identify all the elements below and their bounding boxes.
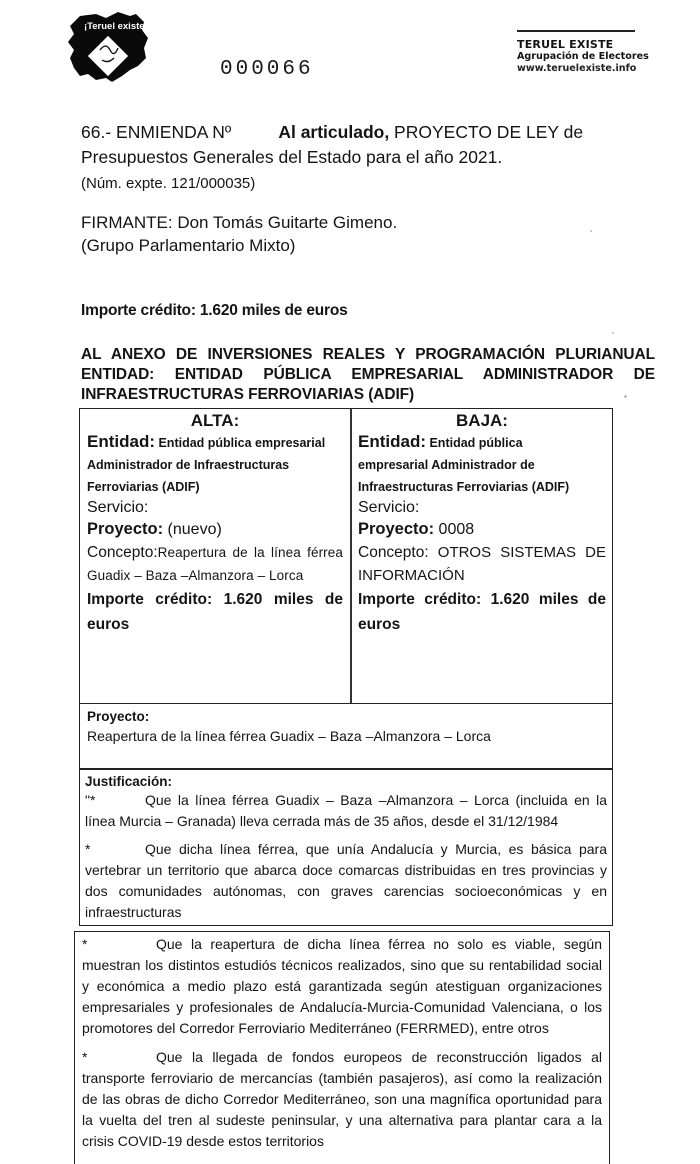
firmante: FIRMANTE: Don Tomás Guitarte Gimeno. xyxy=(81,213,397,233)
grupo-parlamentario: (Grupo Parlamentario Mixto) xyxy=(81,236,295,256)
scan-speck xyxy=(612,332,614,334)
org-subtitle: Agrupación de Electores xyxy=(517,51,657,63)
org-header: TERUEL EXISTE Agrupación de Electores ww… xyxy=(517,30,657,75)
alta-baja-table: ALTA: Entidad: Entidad pública empresari… xyxy=(79,408,613,704)
alta-servicio: Servicio: xyxy=(87,498,343,518)
document-number: 000066 xyxy=(220,58,314,81)
org-name: TERUEL EXISTE xyxy=(517,38,657,51)
org-website: www.teruelexiste.info xyxy=(517,63,657,75)
anexo-heading: AL ANEXO DE INVERSIONES REALES Y PROGRAM… xyxy=(81,345,655,405)
anexo-line: INFRAESTRUCTURAS FERROVIARIAS (ADIF) xyxy=(81,385,655,405)
justificacion-paragraph: *Que la reapertura de dicha línea férrea… xyxy=(82,934,602,1039)
alta-heading: ALTA: xyxy=(87,411,343,431)
scan-speck xyxy=(624,395,627,398)
justificacion-box: Justificación: "*Que la línea férrea Gua… xyxy=(79,769,613,926)
justificacion-paragraph: "*Que la línea férrea Guadix – Baza –Alm… xyxy=(85,790,607,832)
proyecto-heading: Proyecto: xyxy=(87,709,605,725)
expediente-number: (Núm. expte. 121/000035) xyxy=(81,175,255,192)
anexo-line: AL ANEXO DE INVERSIONES REALES Y PROGRAM… xyxy=(81,345,655,365)
alta-entidad-line: Administrador de Infraestructuras xyxy=(87,454,343,476)
anexo-line: ENTIDAD: ENTIDAD PÚBLICA EMPRESARIAL ADM… xyxy=(81,365,655,385)
amendment-subtitle: Presupuestos Generales del Estado para e… xyxy=(81,147,502,168)
amendment-scope-rest: PROYECTO DE LEY de xyxy=(389,122,583,142)
baja-importe: Importe crédito: 1.620 miles de euros xyxy=(358,587,606,637)
scan-speck xyxy=(590,230,592,232)
amendment-scope: Al articulado, xyxy=(278,122,389,142)
alta-entidad-line: Ferroviarias (ADIF) xyxy=(87,476,343,498)
alta-importe: Importe crédito: 1.620 miles de euros xyxy=(87,587,343,637)
proyecto-box: Proyecto: Reapertura de la línea férrea … xyxy=(79,703,613,769)
amendment-title: 66.- ENMIENDA NºAl articulado, PROYECTO … xyxy=(81,122,583,143)
baja-concepto: Concepto: OTROS SISTEMAS DE INFORMACIÓN xyxy=(358,541,606,587)
justificacion-heading: Justificación: xyxy=(85,773,607,790)
baja-column: BAJA: Entidad: Entidad pública empresari… xyxy=(358,409,606,637)
column-divider xyxy=(350,409,352,703)
justificacion-paragraph: *Que la llegada de fondos europeos de re… xyxy=(82,1047,602,1152)
justificacion-continued-box: *Que la reapertura de dicha línea férrea… xyxy=(74,931,610,1164)
baja-heading: BAJA: xyxy=(358,411,606,431)
justificacion-paragraph: *Que dicha línea férrea, que unía Andalu… xyxy=(85,839,607,923)
baja-proyecto: Proyecto: 0008 xyxy=(358,518,606,541)
baja-entidad-line: Infraestructuras Ferroviarias (ADIF) xyxy=(358,476,606,498)
proyecto-text: Reapertura de la línea férrea Guadix – B… xyxy=(87,725,605,747)
header-rule xyxy=(517,30,635,32)
baja-entidad-line: empresarial Administrador de xyxy=(358,454,606,476)
baja-entidad: Entidad: Entidad pública xyxy=(358,431,606,454)
svg-text:¡Teruel existe!: ¡Teruel existe! xyxy=(84,21,148,32)
alta-concepto: Concepto:Reapertura de la línea férrea G… xyxy=(87,541,343,587)
alta-column: ALTA: Entidad: Entidad pública empresari… xyxy=(87,409,343,637)
alta-proyecto: Proyecto: (nuevo) xyxy=(87,518,343,541)
importe-credito: Importe crédito: 1.620 miles de euros xyxy=(81,302,348,320)
amendment-number: 66.- ENMIENDA Nº xyxy=(81,122,231,142)
alta-entidad: Entidad: Entidad pública empresarial xyxy=(87,431,343,454)
baja-servicio: Servicio: xyxy=(358,498,606,518)
teruel-existe-logo: ¡Teruel existe! xyxy=(66,10,152,86)
